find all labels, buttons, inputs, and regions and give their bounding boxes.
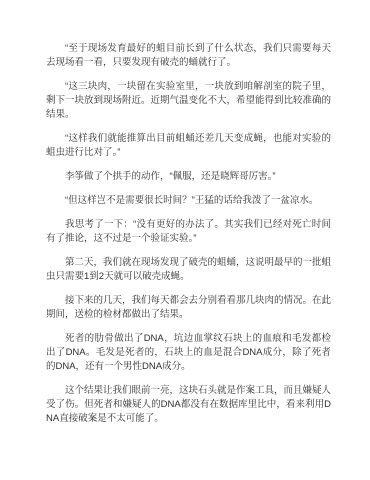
paragraph: 第二天，我们就在现场发现了破壳的蛆蛹，这说明最早的一批蛆虫只需要1到2天就可以破…: [46, 256, 331, 284]
paragraph: “至于现场发育最好的蛆目前长到了什么状态，我们只需要每天去现场看一看，只要发现有…: [46, 42, 331, 70]
paragraph: “这三块肉，一块留在实验室里，一块放到咱解剖室的院子里，剩下一块放到现场附近。近…: [46, 80, 331, 122]
paragraph: 接下来的几天，我们每天都会去分别看看那几块肉的情况。在此期间，送检的检材都做出了…: [46, 294, 331, 322]
paragraph: 李筝做了个拱手的动作，“佩服，还是晓辉哥厉害。”: [46, 170, 331, 184]
paragraph: “但这样岂不是需要很长时间？”王猛的话给我泼了一盆凉水。: [46, 194, 331, 208]
paragraph: 我思考了一下：“没有更好的办法了。其实我们已经对死亡时间有了推论，这不过是一个验…: [46, 218, 331, 246]
page-text-block: “至于现场发育最好的蛆目前长到了什么状态，我们只需要每天去现场看一看，只要发现有…: [0, 0, 370, 426]
paragraph: 这个结果让我们眼前一亮，这块石头就是作案工具，而且嫌疑人受了伤。但死者和嫌疑人的…: [46, 384, 331, 426]
paragraph: “这样我们就能推算出目前蛆蛹还差几天变成蝇，也能对实验的蛆虫进行比对了。”: [46, 132, 331, 160]
reader-page: “至于现场发育最好的蛆目前长到了什么状态，我们只需要每天去现场看一看，只要发现有…: [0, 0, 370, 480]
paragraph: 死者的肋骨做出了DNA，坑边血掌纹石块上的血痕和毛发都检出了DNA。毛发是死者的…: [46, 332, 331, 374]
